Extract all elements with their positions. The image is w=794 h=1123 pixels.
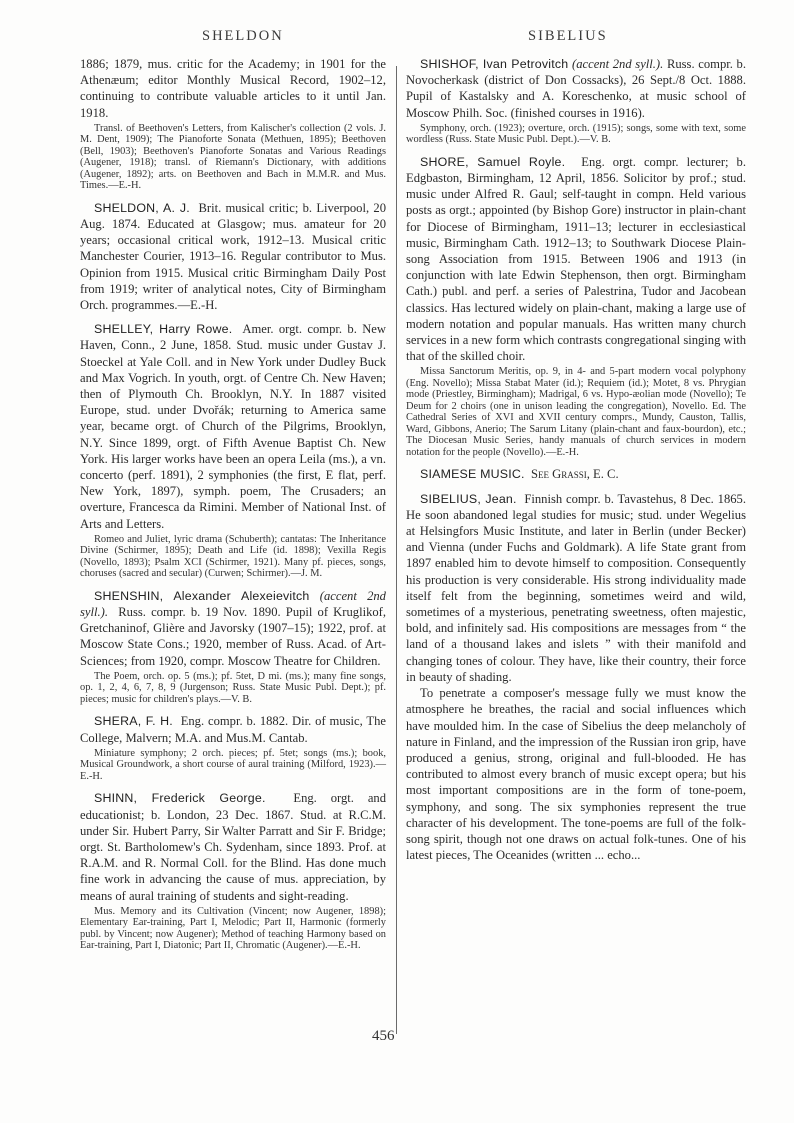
entry-continuation: 1886; 1879, mus. critic for the Academy;… xyxy=(80,56,386,192)
entry-headnote: (accent 2nd syll.). xyxy=(572,57,663,71)
running-head-left: SHELDON xyxy=(202,28,284,45)
page-number: 456 xyxy=(372,1028,395,1045)
entry-shelley: SHELLEY, Harry Rowe. Amer. orgt. compr. … xyxy=(80,321,386,580)
entry-text: SHORE, Samuel Royle. Eng. orgt. compr. l… xyxy=(406,154,746,365)
entry-text: SIAMESE MUSIC. See Grassi, E. C. xyxy=(406,466,746,482)
entry-body: 1886; 1879, mus. critic for the Academy;… xyxy=(80,56,386,121)
entry-works: Romeo and Juliet, lyric drama (Schuberth… xyxy=(80,534,386,580)
entry-body: Eng. orgt. compr. lecturer; b. Edgbaston… xyxy=(406,155,746,363)
entry-works: The Poem, orch. op. 5 (ms.); pf. 5tet, D… xyxy=(80,671,386,706)
entry-body: Finnish compr. b. Tavastehus, 8 Dec. 186… xyxy=(406,492,746,684)
entry-body: Eng. orgt. and educationist; b. London, … xyxy=(80,791,386,902)
cross-reference: See Grassi, E. C. xyxy=(531,467,619,481)
entry-headword: SHERA, F. H. xyxy=(94,714,173,728)
right-column: SHISHOF, Ivan Petrovitch (accent 2nd syl… xyxy=(406,56,746,871)
entry-text: SHELDON, A. J. Brit. musical critic; b. … xyxy=(80,200,386,313)
entry-sheldon-aj: SHELDON, A. J. Brit. musical critic; b. … xyxy=(80,200,386,313)
entry-body: Brit. musical critic; b. Liverpool, 20 A… xyxy=(80,201,386,312)
entry-text: SHELLEY, Harry Rowe. Amer. orgt. compr. … xyxy=(80,321,386,532)
entry-works: Miniature symphony; 2 orch. pieces; pf. … xyxy=(80,748,386,783)
entry-works: Missa Sanctorum Meritis, op. 9, in 4- an… xyxy=(406,366,746,458)
entry-siamese-music: SIAMESE MUSIC. See Grassi, E. C. xyxy=(406,466,746,482)
entry-works: Transl. of Beethoven's Letters, from Kal… xyxy=(80,123,386,192)
entry-shenshin: SHENSHIN, Alexander Alexeievitch (accent… xyxy=(80,588,386,706)
entry-text: SHISHOF, Ivan Petrovitch (accent 2nd syl… xyxy=(406,56,746,121)
entry-headword: SHELLEY, Harry Rowe. xyxy=(94,322,232,336)
entry-text: SIBELIUS, Jean. Finnish compr. b. Tavast… xyxy=(406,491,746,685)
entry-shore: SHORE, Samuel Royle. Eng. orgt. compr. l… xyxy=(406,154,746,459)
entry-shinn: SHINN, Frederick George. Eng. orgt. and … xyxy=(80,790,386,951)
running-head-right: SIBELIUS xyxy=(528,28,608,45)
entry-works: Mus. Memory and its Cultivation (Vincent… xyxy=(80,906,386,952)
entry-body-continued: To penetrate a composer's message fully … xyxy=(406,685,746,863)
entry-headword: SIAMESE MUSIC. xyxy=(420,467,525,481)
entry-text: SHERA, F. H. Eng. compr. b. 1882. Dir. o… xyxy=(80,713,386,745)
entry-text: SHINN, Frederick George. Eng. orgt. and … xyxy=(80,790,386,903)
entry-sibelius: SIBELIUS, Jean. Finnish compr. b. Tavast… xyxy=(406,491,746,864)
entry-headword: SHISHOF, Ivan Petrovitch xyxy=(420,57,568,71)
entry-shera: SHERA, F. H. Eng. compr. b. 1882. Dir. o… xyxy=(80,713,386,782)
entry-body: Amer. orgt. compr. b. New Haven, Conn., … xyxy=(80,322,386,530)
entry-headword: SIBELIUS, Jean. xyxy=(420,492,517,506)
entry-works: Symphony, orch. (1923); overture, orch. … xyxy=(406,123,746,146)
left-column: 1886; 1879, mus. critic for the Academy;… xyxy=(80,56,386,960)
entry-headword: SHORE, Samuel Royle. xyxy=(420,155,565,169)
entry-text: SHENSHIN, Alexander Alexeievitch (accent… xyxy=(80,588,386,669)
entry-headword: SHENSHIN, Alexander Alexeievitch xyxy=(94,589,310,603)
entry-body: Russ. compr. b. 19 Nov. 1890. Pupil of K… xyxy=(80,605,386,668)
book-page: SHELDON SIBELIUS 1886; 1879, mus. critic… xyxy=(0,0,794,1123)
entry-headword: SHINN, Frederick George. xyxy=(94,791,266,805)
entry-headword: SHELDON, A. J. xyxy=(94,201,190,215)
column-divider xyxy=(396,66,397,1034)
entry-shishof: SHISHOF, Ivan Petrovitch (accent 2nd syl… xyxy=(406,56,746,146)
